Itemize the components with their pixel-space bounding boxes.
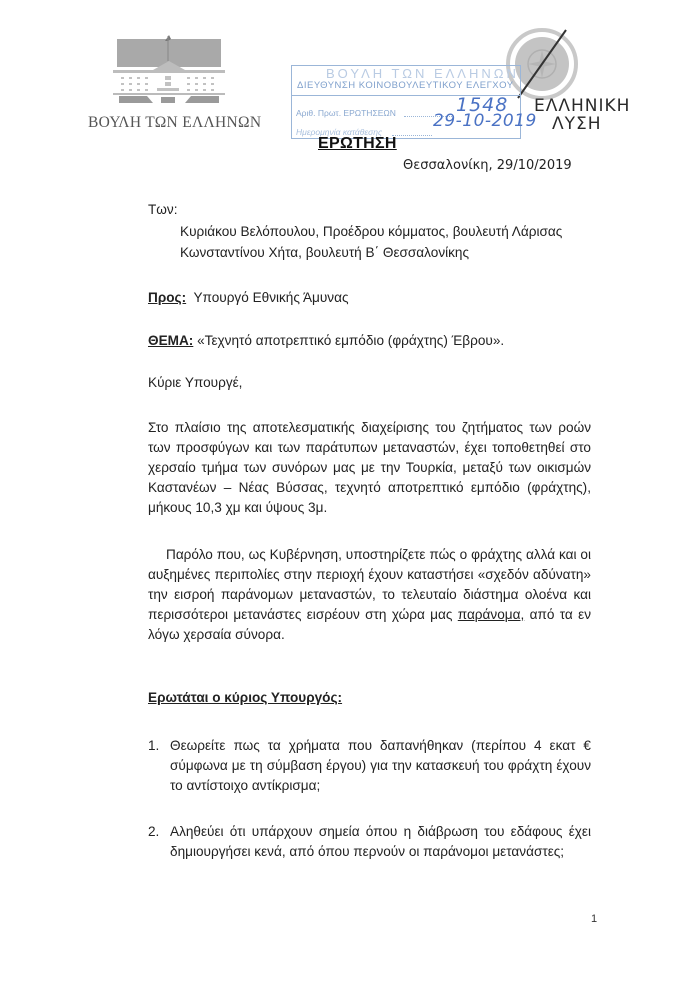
question-text: Θεωρείτε πως τα χρήματα που δαπανήθηκαν … — [170, 738, 591, 793]
question-item: 2. Αληθεύει ότι υπάρχουν σημεία όπου η δ… — [148, 822, 591, 862]
party-name-line2: ΛΥΣΗ — [552, 114, 602, 134]
question-text: Αληθεύει ότι υπάρχουν σημεία όπου η διάβ… — [170, 824, 591, 859]
questions-list-continued: 2. Αληθεύει ότι υπάρχουν σημεία όπου η δ… — [148, 822, 591, 862]
from-label: Των: — [148, 202, 178, 217]
questions-list: 1. Θεωρείτε πως τα χρήματα που δαπανήθηκ… — [148, 736, 591, 796]
from-line-2: Κωνσταντίνου Χήτα, βουλευτή Β΄ Θεσσαλονί… — [180, 245, 469, 260]
stamp-protocol-label: Αριθ. Πρωτ. ΕΡΩΤΗΣΕΩΝ — [296, 108, 396, 118]
questions-heading: Ερωτάται ο κύριος Υπουργός: — [148, 690, 342, 705]
parliament-name: ΒΟΥΛΗ ΤΩΝ ΕΛΛΗΝΩΝ — [88, 114, 261, 132]
to-value: Υπουργό Εθνικής Άμυνας — [193, 290, 348, 305]
from-line-1: Κυριάκου Βελόπουλου, Προέδρου κόμματος, … — [180, 224, 562, 239]
parliament-building-icon — [113, 33, 253, 105]
party-name-line1: ΕΛΛΗΝΙΚΗ — [534, 96, 630, 116]
to-label: Προς: — [148, 290, 186, 305]
paragraph-1-text: Στο πλαίσιο της αποτελεσματικής διαχείρι… — [148, 420, 591, 515]
subject-label: ΘΕΜΑ: — [148, 333, 193, 348]
question-number: 2. — [148, 822, 159, 842]
to-line: Προς: Υπουργό Εθνικής Άμυνας — [148, 290, 349, 305]
filing-date-handwritten: 29-10-2019 — [433, 111, 537, 131]
place-date: Θεσσαλονίκη, 29/10/2019 — [403, 158, 572, 173]
stamp-department: ΔΙΕΥΘΥΝΣΗ ΚΟΙΝΟΒΟΥΛΕΥΤΙΚΟΥ ΕΛΕΓΧΟΥ — [297, 80, 514, 91]
paragraph-2-underlined: παράνομα, — [458, 607, 524, 622]
document-type: ΕΡΩΤΗΣΗ — [318, 135, 397, 153]
paragraph-1: Στο πλαίσιο της αποτελεσματικής διαχείρι… — [148, 418, 591, 518]
subject-line: ΘΕΜΑ: «Τεχνητό αποτρεπτικό εμπόδιο (φράχ… — [148, 333, 504, 348]
question-number: 1. — [148, 736, 159, 756]
subject-value: «Τεχνητό αποτρεπτικό εμπόδιο (φράχτης) Έ… — [197, 333, 504, 348]
page-number: 1 — [591, 913, 597, 925]
stamp-title: ΒΟΥΛΗ ΤΩΝ ΕΛΛΗΝΩΝ — [326, 66, 519, 81]
paragraph-2: Παρόλο που, ως Κυβέρνηση, υποστηρίζετε π… — [148, 545, 591, 645]
question-item: 1. Θεωρείτε πως τα χρήματα που δαπανήθηκ… — [148, 736, 591, 796]
salutation: Κύριε Υπουργέ, — [148, 375, 242, 390]
